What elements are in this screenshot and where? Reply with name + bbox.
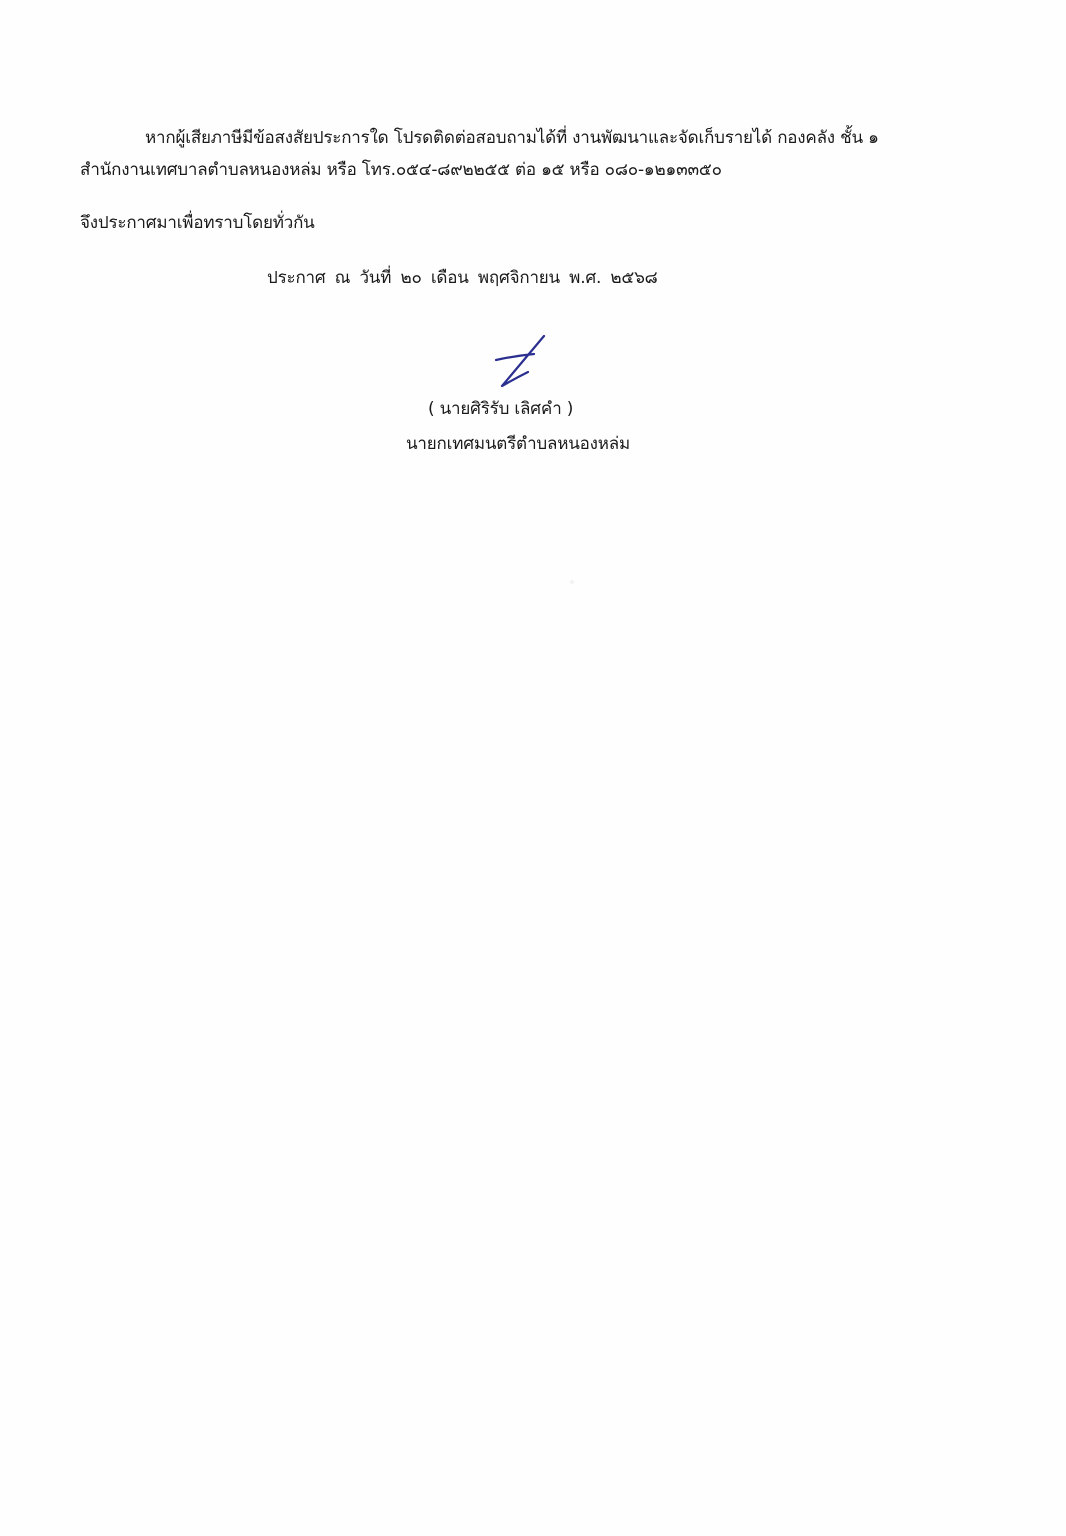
announcement-date: ประกาศ ณ วันที่ ๒๐ เดือน พฤศจิกายน พ.ศ. …: [267, 266, 658, 290]
signature-icon: [490, 334, 550, 390]
signer-name: ( นายศิริรับ เลิศคำ ): [428, 397, 573, 421]
contact-paragraph-line-1: หากผู้เสียภาษีมีข้อสงสัยประการใด โปรดติด…: [145, 126, 879, 150]
document-page: หากผู้เสียภาษีมีข้อสงสัยประการใด โปรดติด…: [0, 0, 1066, 1536]
contact-paragraph-line-2: สำนักงานเทศบาลตำบลหนองหล่ม หรือ โทร.๐๕๔-…: [80, 158, 722, 182]
scan-speck: [570, 580, 574, 584]
closing-statement: จึงประกาศมาเพื่อทราบโดยทั่วกัน: [80, 211, 315, 235]
signer-title: นายกเทศมนตรีตำบลหนองหล่ม: [406, 432, 630, 456]
